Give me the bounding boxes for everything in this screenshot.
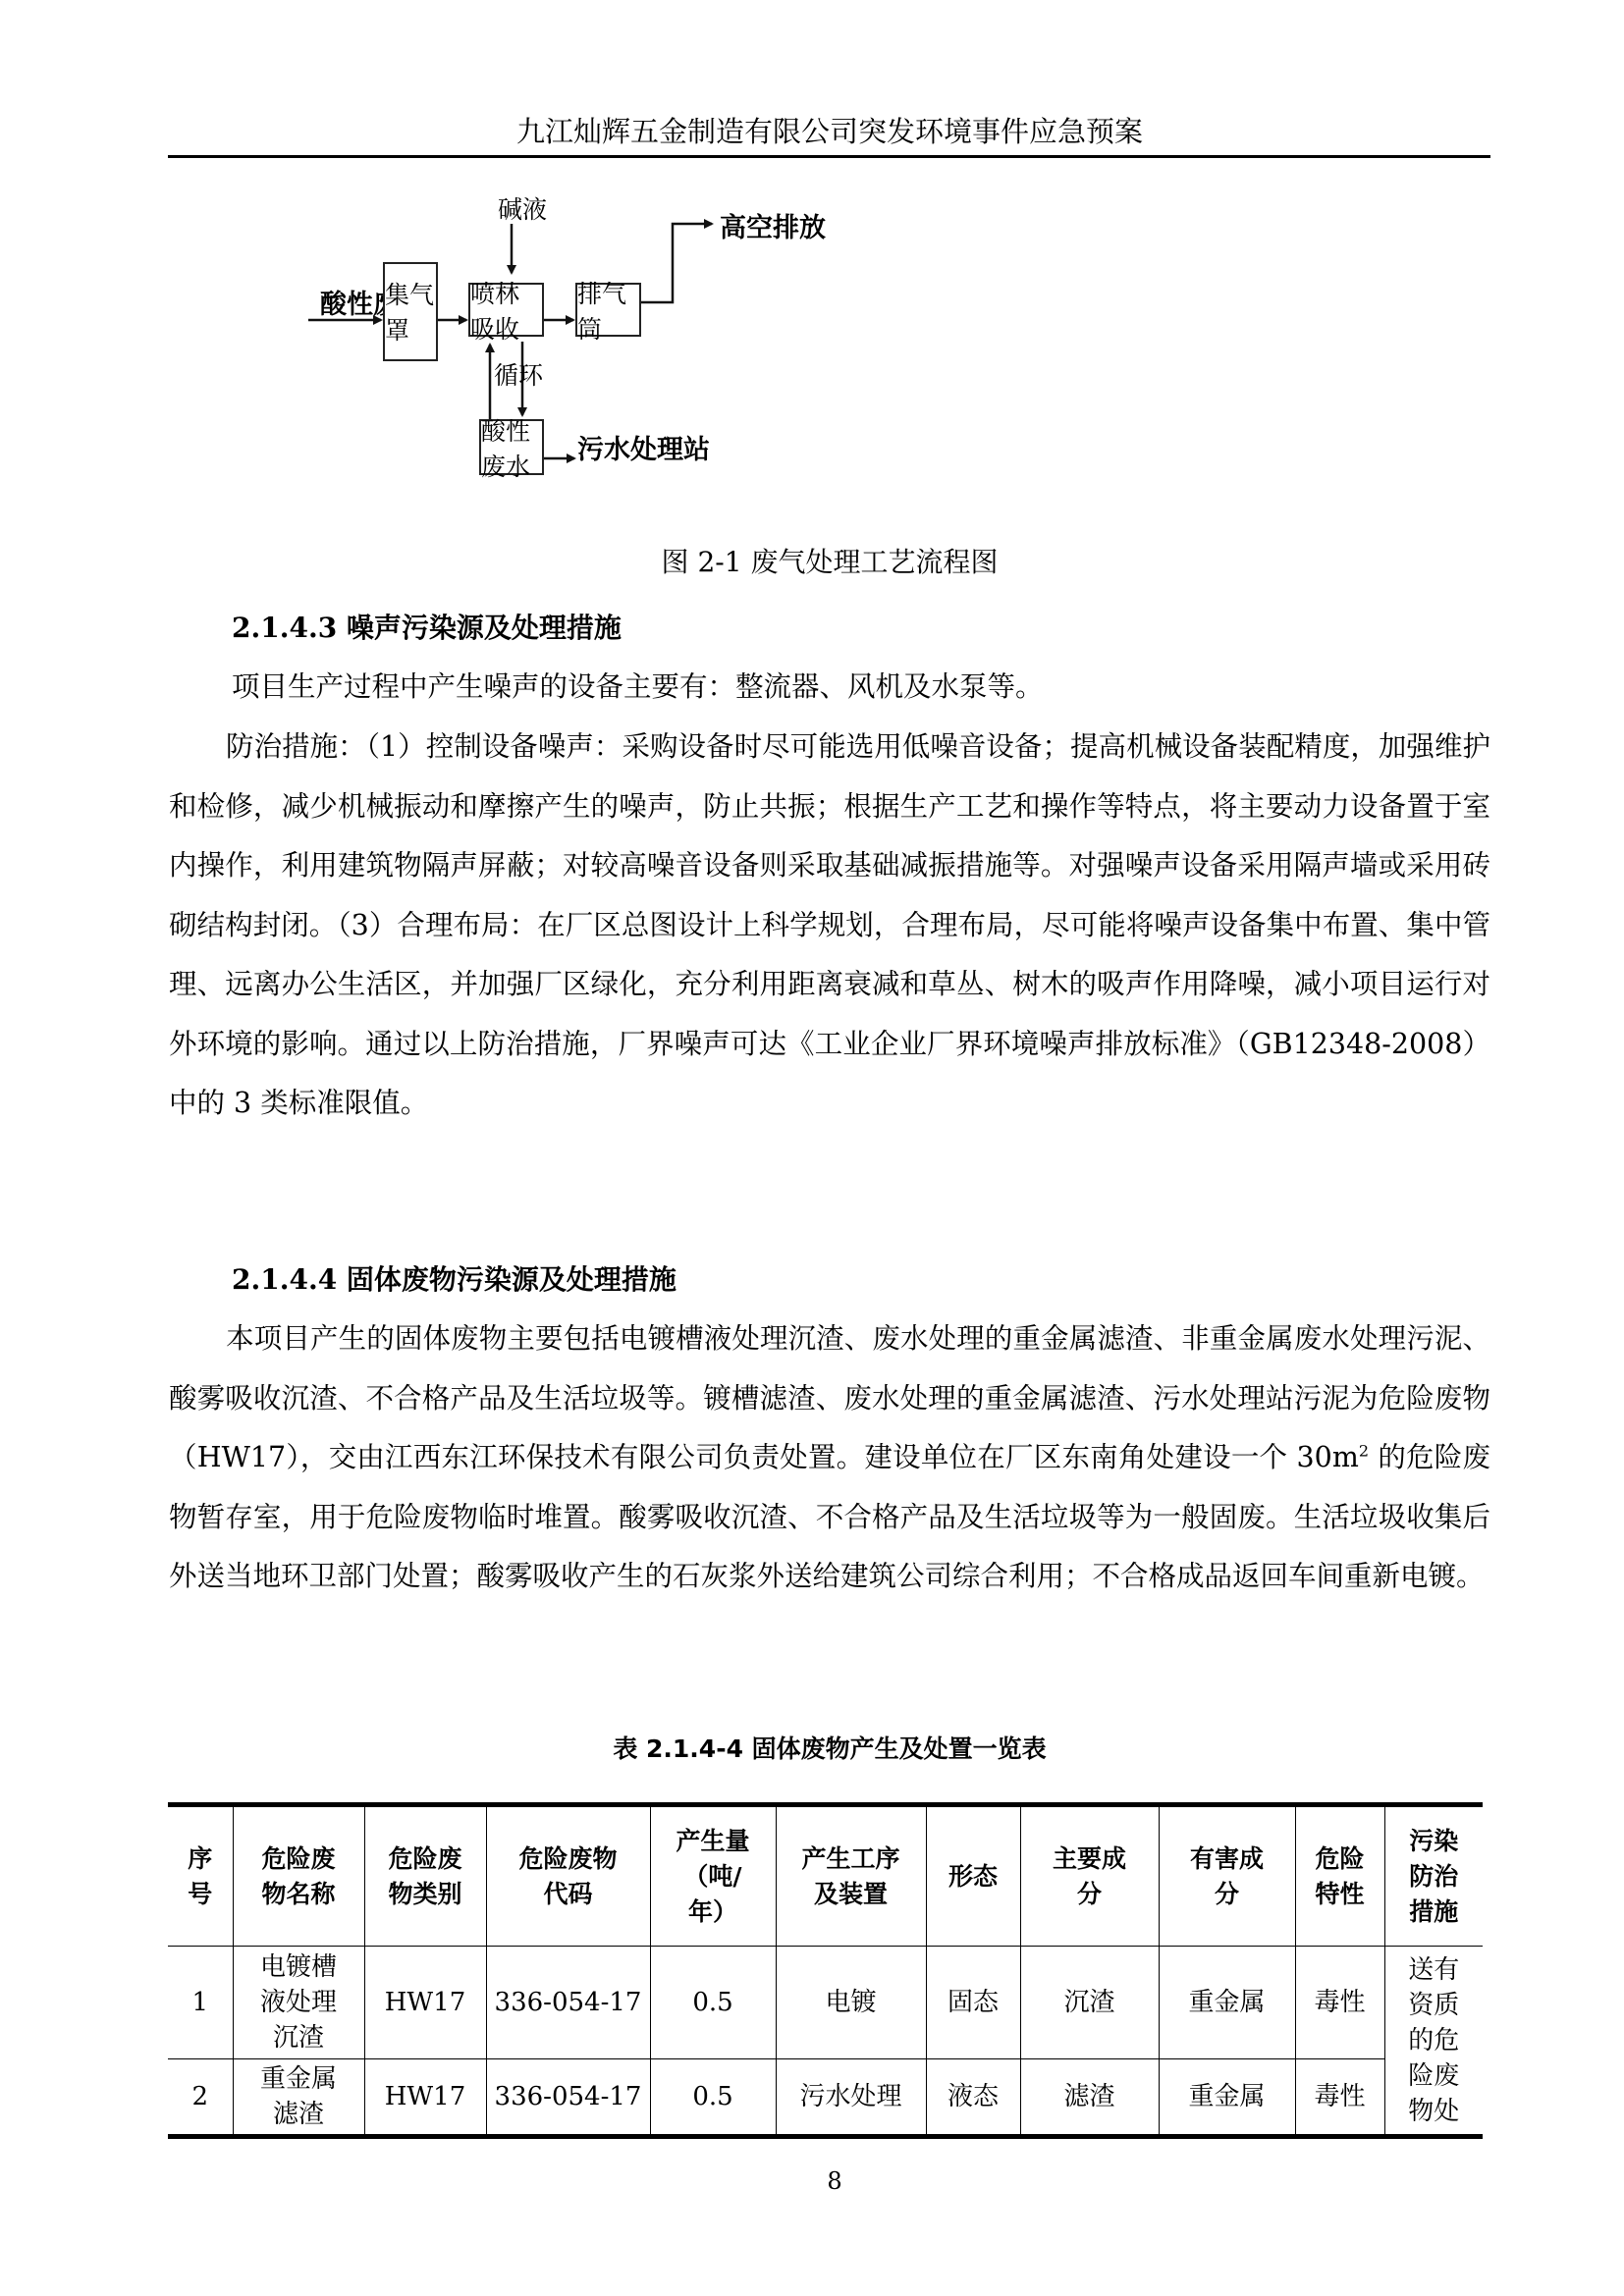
cell-form: 液态 bbox=[926, 2059, 1020, 2137]
col-header-no: 序号 bbox=[168, 1805, 233, 1947]
col-header-form: 形态 bbox=[926, 1805, 1020, 1947]
exhaust-stack-label: 排气筒 bbox=[577, 275, 639, 346]
solid-waste-table: 序号 危险废物名称 危险废物类别 危险废物代码 产生量（吨/年） 产生工序及装置… bbox=[168, 1802, 1483, 2139]
cell-main-component: 沉渣 bbox=[1020, 1947, 1159, 2059]
alkali-label: 碱液 bbox=[498, 190, 547, 226]
acid-wastewater-label: 酸性废水 bbox=[481, 412, 542, 483]
cell-hazard: 毒性 bbox=[1295, 2059, 1384, 2137]
spray-absorption-label: 喷林吸收 bbox=[470, 275, 542, 346]
cell-hazard: 毒性 bbox=[1295, 1947, 1384, 2059]
superscript: 2 bbox=[1359, 1442, 1369, 1461]
waste-gas-flow-diagram: 酸性废气 集气罩 喷林吸收 排气筒 酸性废水 碱液 循环 高空排放 污水处理站 bbox=[295, 177, 1326, 491]
gas-hood-box: 集气罩 bbox=[383, 262, 438, 361]
cell-name: 重金属滤渣 bbox=[233, 2059, 364, 2137]
cell-process: 污水处理 bbox=[776, 2059, 926, 2137]
col-header-name: 危险废物名称 bbox=[233, 1805, 364, 1947]
col-header-hazard: 危险特性 bbox=[1295, 1805, 1384, 1947]
cell-main-component: 滤渣 bbox=[1020, 2059, 1159, 2137]
acid-wastewater-box: 酸性废水 bbox=[479, 419, 544, 475]
gas-hood-label: 集气罩 bbox=[385, 276, 436, 347]
cell-measure: 送有资质的危险废物处 bbox=[1384, 1947, 1483, 2137]
page-number: 8 bbox=[785, 2167, 884, 2195]
cell-name: 电镀槽液处理沉渣 bbox=[233, 1947, 364, 2059]
table-header-row: 序号 危险废物名称 危险废物类别 危险废物代码 产生量（吨/年） 产生工序及装置… bbox=[168, 1805, 1483, 1947]
col-header-amount: 产生量（吨/年） bbox=[650, 1805, 776, 1947]
header-divider bbox=[168, 155, 1490, 158]
cell-amount: 0.5 bbox=[650, 1947, 776, 2059]
noise-paragraph-2: 防治措施：（1）控制设备噪声：采购设备时尽可能选用低噪音设备；提高机械设备装配精… bbox=[169, 718, 1490, 1134]
cell-form: 固态 bbox=[926, 1947, 1020, 2059]
section-heading-solid-waste: 2.1.4.4 固体废物污染源及处理措施 bbox=[232, 1258, 677, 1298]
document-header-title: 九江灿辉五金制造有限公司突发环境事件应急预案 bbox=[167, 110, 1492, 150]
cell-harmful-component: 重金属 bbox=[1159, 2059, 1295, 2137]
table-row: 1 电镀槽液处理沉渣 HW17 336-054-17 0.5 电镀 固态 沉渣 … bbox=[168, 1947, 1483, 2059]
cell-no: 2 bbox=[168, 2059, 233, 2137]
noise-paragraph-1: 项目生产过程中产生噪声的设备主要有：整流器、风机及水泵等。 bbox=[232, 658, 1490, 718]
cell-amount: 0.5 bbox=[650, 2059, 776, 2137]
circulation-label: 循环 bbox=[494, 356, 543, 392]
cell-no: 1 bbox=[168, 1947, 233, 2059]
cell-category: HW17 bbox=[364, 1947, 486, 2059]
col-header-code: 危险废物代码 bbox=[486, 1805, 650, 1947]
exhaust-stack-box: 排气筒 bbox=[575, 283, 641, 337]
high-altitude-discharge-label: 高空排放 bbox=[720, 206, 826, 244]
col-header-process: 产生工序及装置 bbox=[776, 1805, 926, 1947]
solid-waste-paragraph: 本项目产生的固体废物主要包括电镀槽液处理沉渣、废水处理的重金属滤渣、非重金属废水… bbox=[169, 1309, 1490, 1607]
table-row: 2 重金属滤渣 HW17 336-054-17 0.5 污水处理 液态 滤渣 重… bbox=[168, 2059, 1483, 2137]
spray-absorption-box: 喷林吸收 bbox=[468, 283, 544, 337]
col-header-harmful-component: 有害成分 bbox=[1159, 1805, 1295, 1947]
figure-caption: 图 2-1 废气处理工艺流程图 bbox=[167, 541, 1492, 580]
cell-code: 336-054-17 bbox=[486, 2059, 650, 2137]
col-header-measure: 污染防治措施 bbox=[1384, 1805, 1483, 1947]
cell-harmful-component: 重金属 bbox=[1159, 1947, 1295, 2059]
cell-process: 电镀 bbox=[776, 1947, 926, 2059]
noise-measures-text: 防治措施：（1）控制设备噪声：采购设备时尽可能选用低噪音设备；提高机械设备装配精… bbox=[169, 730, 1490, 1119]
table-caption: 表 2.1.4-4 固体废物产生及处置一览表 bbox=[167, 1730, 1492, 1765]
section-heading-noise: 2.1.4.3 噪声污染源及处理措施 bbox=[232, 607, 622, 646]
sewage-treatment-station-label: 污水处理站 bbox=[577, 428, 710, 466]
cell-category: HW17 bbox=[364, 2059, 486, 2137]
col-header-main-component: 主要成分 bbox=[1020, 1805, 1159, 1947]
col-header-category: 危险废物类别 bbox=[364, 1805, 486, 1947]
solid-waste-text-part1: 本项目产生的固体废物主要包括电镀槽液处理沉渣、废水处理的重金属滤渣、非重金属废水… bbox=[169, 1322, 1490, 1473]
cell-code: 336-054-17 bbox=[486, 1947, 650, 2059]
